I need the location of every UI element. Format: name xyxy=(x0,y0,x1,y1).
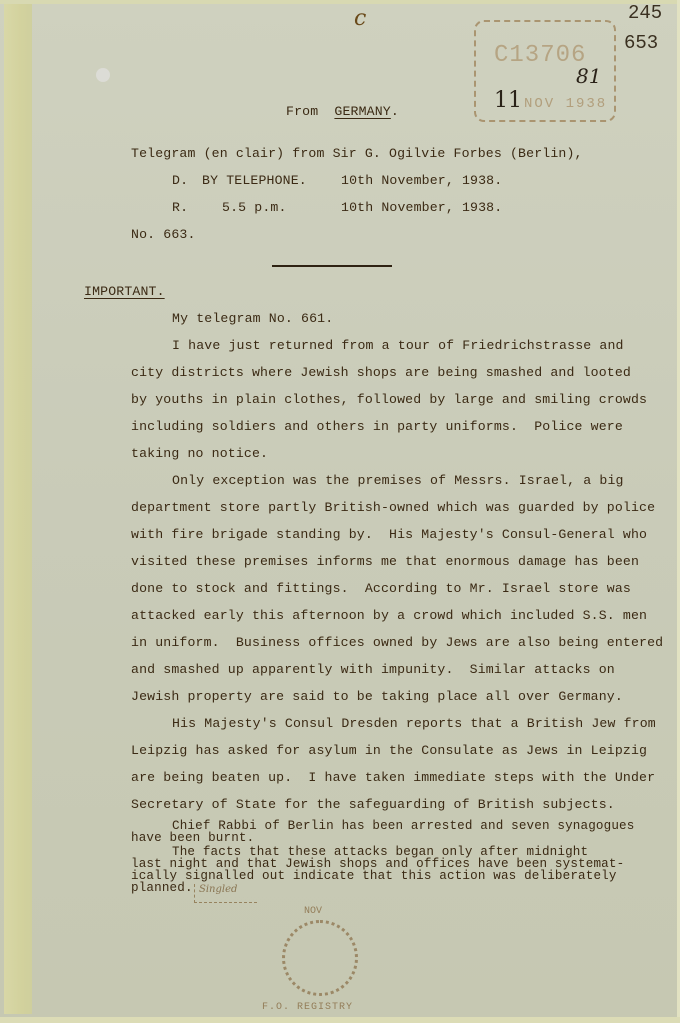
paragraph-line: ically signalled out indicate that this … xyxy=(131,870,617,882)
paragraph-line: His Majesty's Consul Dresden reports tha… xyxy=(172,716,656,731)
section-divider xyxy=(272,265,392,267)
paragraph-line: with fire brigade standing by. His Majes… xyxy=(131,527,647,542)
from-suffix: . xyxy=(391,104,399,119)
paragraph-line: taking no notice. xyxy=(131,446,268,461)
despatched-date: 10th November, 1938. xyxy=(341,173,502,188)
paragraph-line: Only exception was the premises of Messr… xyxy=(172,473,624,488)
from-label: From xyxy=(286,104,318,119)
binding-strip xyxy=(4,4,32,1014)
document-page: c 245 653 C13706 81 11 NOV 1938 From GER… xyxy=(0,0,680,1023)
paragraph-line: by youths in plain clothes, followed by … xyxy=(131,392,647,407)
paragraph-line: city districts where Jewish shops are be… xyxy=(131,365,631,380)
telegram-number: No. 663. xyxy=(131,227,196,242)
page-edge-top xyxy=(0,0,680,4)
paragraph-line: Jewish property are said to be taking pl… xyxy=(131,689,623,704)
paragraph-line: and smashed up apparently with impunity.… xyxy=(131,662,615,677)
priority-label: IMPORTANT. xyxy=(84,284,165,299)
paragraph-line: visited these premises informs me that e… xyxy=(131,554,639,569)
received-time: 5.5 p.m. xyxy=(222,200,287,215)
signed-mark: Singled xyxy=(194,884,257,903)
from-country: GERMANY xyxy=(334,104,390,119)
paragraph-line: Secretary of State for the safeguarding … xyxy=(131,797,615,812)
punch-hole xyxy=(96,68,110,82)
ref-number-bottom: 653 xyxy=(624,32,658,54)
telegram-line: Telegram (en clair) from Sir G. Ogilvie … xyxy=(131,146,583,161)
reference-line: My telegram No. 661. xyxy=(172,311,333,326)
paragraph-line: are being beaten up. I have taken immedi… xyxy=(131,770,655,785)
paragraph-line: department store partly British-owned wh… xyxy=(131,500,655,515)
paragraph-line: Leipzig has asked for asylum in the Cons… xyxy=(131,743,647,758)
received-label: R. xyxy=(172,200,188,215)
paragraph-line: have been burnt. xyxy=(131,832,254,844)
paragraph-line: I have just returned from a tour of Frie… xyxy=(172,338,624,353)
stamp-handwritten-number: 81 xyxy=(576,64,601,88)
stamp-number: C13706 xyxy=(494,42,586,69)
registry-stamp-ring xyxy=(282,920,358,996)
handwritten-mark: c xyxy=(354,6,366,31)
registry-stamp: NOV F.O. REGISTRY xyxy=(268,898,378,1018)
ref-number-top: 245 xyxy=(628,2,662,24)
paragraph-line: in uniform. Business offices owned by Je… xyxy=(131,635,663,650)
from-line: From GERMANY. xyxy=(286,104,399,119)
stamp-day: 11 xyxy=(494,88,522,113)
stamp-date: NOV 1938 xyxy=(524,96,607,112)
paragraph-line: attacked early this afternoon by a crowd… xyxy=(131,608,647,623)
paragraph-line: done to stock and fittings. According to… xyxy=(131,581,631,596)
registry-stamp-label: F.O. REGISTRY xyxy=(262,1002,353,1013)
despatched-method: BY TELEPHONE. xyxy=(202,173,307,188)
received-date: 10th November, 1938. xyxy=(341,200,502,215)
paragraph-line: including soldiers and others in party u… xyxy=(131,419,623,434)
despatched-label: D. xyxy=(172,173,188,188)
registry-stamp-month: NOV xyxy=(304,906,322,917)
paragraph-line: planned. xyxy=(131,882,193,894)
